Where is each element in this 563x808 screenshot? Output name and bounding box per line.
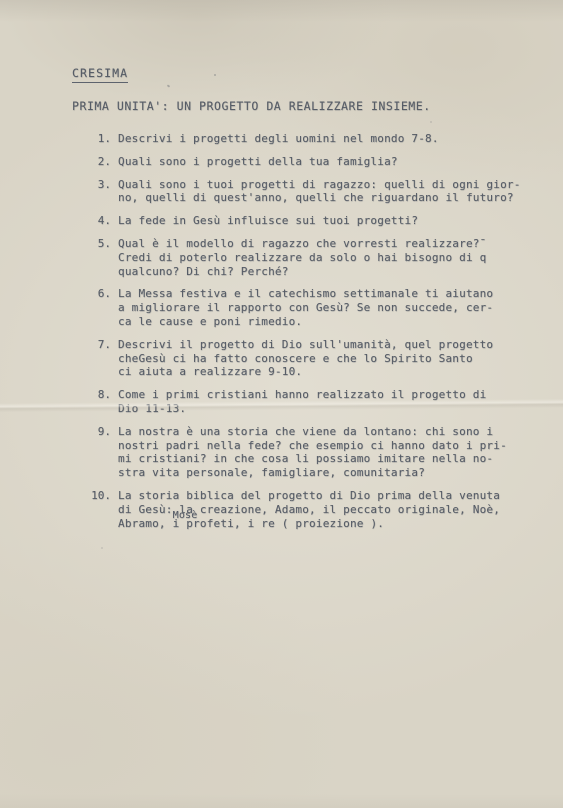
list-item: 10.La storia biblica del progetto di Dio… bbox=[85, 489, 525, 530]
item-line: cheGesù ci ha fatto conoscere e che lo S… bbox=[118, 352, 525, 366]
item-number: 7. bbox=[85, 338, 111, 379]
question-list: 1.Descrivi i progetti degli uomini nel m… bbox=[85, 132, 525, 530]
item-line: a migliorare il rapporto con Gesù? Se no… bbox=[118, 301, 525, 315]
item-number: 2. bbox=[85, 155, 111, 169]
item-text: Descrivi i progetti degli uomini nel mon… bbox=[118, 132, 525, 146]
item-line: Quali sono i progetti della tua famiglia… bbox=[118, 155, 525, 169]
item-line: La fede in Gesù influisce sui tuoi proge… bbox=[118, 214, 525, 228]
list-item: 7.Descrivi il progetto di Dio sull'umani… bbox=[85, 338, 525, 379]
inserted-annotation: Mosè bbox=[173, 509, 198, 523]
item-line: La storia biblica del progetto di Dio pr… bbox=[118, 489, 525, 503]
list-item: 3.Quali sono i tuoi progetti di ragazzo:… bbox=[85, 178, 525, 206]
paper-speck bbox=[214, 74, 216, 76]
item-line: Descrivi il progetto di Dio sull'umanità… bbox=[118, 338, 525, 352]
item-line: stra vita personale, famigliare, comunit… bbox=[118, 466, 525, 480]
item-number: 1. bbox=[85, 132, 111, 146]
document-title: CRESIMA bbox=[72, 66, 128, 83]
item-text: La fede in Gesù influisce sui tuoi proge… bbox=[118, 214, 525, 228]
list-item: 9.La nostra è una storia che viene da lo… bbox=[85, 425, 525, 480]
item-text: La nostra è una storia che viene da lont… bbox=[118, 425, 525, 480]
item-number: 3. bbox=[85, 178, 111, 206]
item-text: Quali sono i progetti della tua famiglia… bbox=[118, 155, 525, 169]
list-item: 4.La fede in Gesù influisce sui tuoi pro… bbox=[85, 214, 525, 228]
item-line: qualcuno? Di chi? Perché? bbox=[118, 265, 525, 279]
list-item: 6.La Messa festiva e il catechismo setti… bbox=[85, 287, 525, 328]
item-number: 5. bbox=[85, 237, 111, 278]
item-line: Come i primi cristiani hanno realizzato … bbox=[118, 388, 525, 402]
item-line: La Messa festiva e il catechismo settima… bbox=[118, 287, 525, 301]
document-subtitle: PRIMA UNITA': UN PROGETTO DA REALIZZARE … bbox=[72, 99, 525, 113]
item-line: no, quelli di quest'anno, quelli che rig… bbox=[118, 191, 525, 205]
paper-speck bbox=[430, 121, 432, 123]
item-line: Descrivi i progetti degli uomini nel mon… bbox=[118, 132, 525, 146]
scanned-page: CRESIMA PRIMA UNITA': UN PROGETTO DA REA… bbox=[0, 0, 563, 808]
item-line-segment: i profeti, i re ( proiezione ). bbox=[173, 517, 385, 530]
list-item: 8.Come i primi cristiani hanno realizzat… bbox=[85, 388, 525, 416]
item-line: La nostra è una storia che viene da lont… bbox=[118, 425, 525, 439]
item-number: 4. bbox=[85, 214, 111, 228]
item-text: Qual è il modello di ragazzo che vorrest… bbox=[118, 237, 525, 278]
item-line: ca le cause e poni rimedio. bbox=[118, 315, 525, 329]
item-line: Dio 11-13. bbox=[118, 402, 525, 416]
item-line: nostri padri nella fede? che esempio ci … bbox=[118, 439, 525, 453]
item-number: 10. bbox=[85, 489, 111, 530]
item-line: mi cristiani? in che cosa li possiamo im… bbox=[118, 452, 525, 466]
item-text: Quali sono i tuoi progetti di ragazzo: q… bbox=[118, 178, 525, 206]
item-line: Qual è il modello di ragazzo che vorrest… bbox=[118, 237, 525, 251]
item-text: La storia biblica del progetto di Dio pr… bbox=[118, 489, 525, 530]
list-item: 5.Qual è il modello di ragazzo che vorre… bbox=[85, 237, 525, 278]
item-line: Credi di poterlo realizzare da solo o ha… bbox=[118, 251, 525, 265]
item-line-segment: Abramo, bbox=[118, 517, 173, 530]
item-text: La Messa festiva e il catechismo settima… bbox=[118, 287, 525, 328]
paper-speck bbox=[101, 547, 103, 549]
item-text: Come i primi cristiani hanno realizzato … bbox=[118, 388, 525, 416]
item-text: Descrivi il progetto di Dio sull'umanità… bbox=[118, 338, 525, 379]
list-item: 1.Descrivi i progetti degli uomini nel m… bbox=[85, 132, 525, 146]
item-line: Abramo, Mosèi profeti, i re ( proiezione… bbox=[118, 517, 525, 531]
item-number: 8. bbox=[85, 388, 111, 416]
paper-speck bbox=[167, 84, 171, 87]
item-number: 6. bbox=[85, 287, 111, 328]
item-line: ci aiuta a realizzare 9-10. bbox=[118, 365, 525, 379]
item-line: Quali sono i tuoi progetti di ragazzo: q… bbox=[118, 178, 525, 192]
item-number: 9. bbox=[85, 425, 111, 480]
list-item: 2.Quali sono i progetti della tua famigl… bbox=[85, 155, 525, 169]
